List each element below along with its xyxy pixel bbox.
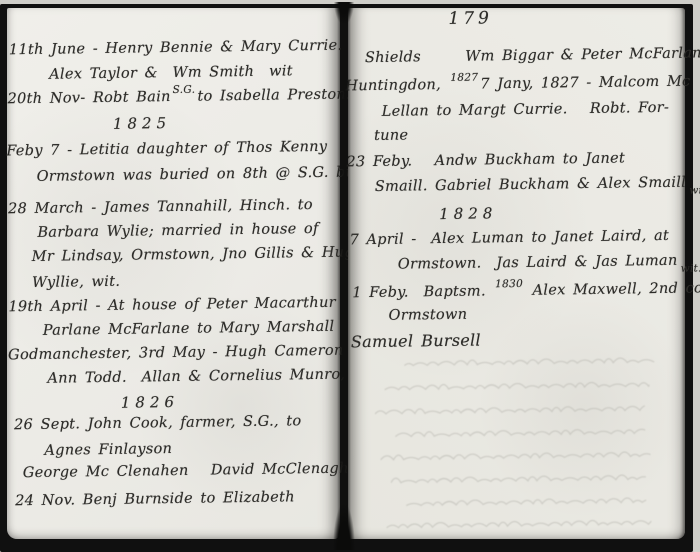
bleed-through-line <box>395 423 645 445</box>
handwritten-line: Huntingdon, 18277 Jany, 1827 - Malcom Mc <box>345 74 690 95</box>
handwritten-line: Godmanchester, 3rd May - Hugh Cameron to <box>8 342 366 363</box>
line-segment: 28 March - James Tannahill, Hinch. to <box>8 197 313 217</box>
subscript-note: wit. <box>689 184 700 196</box>
handwritten-line: Shields Wm Biggar & Peter McFarlane <box>365 45 700 66</box>
bleed-through-line <box>391 469 646 492</box>
line-segment: 20th Nov- Robt Bain <box>7 89 170 107</box>
left-page: 11th June - Henry Bennie & Mary Currie.A… <box>7 8 340 539</box>
line-segment: Barbara Wylie; married in house of <box>37 221 318 241</box>
handwritten-line: Wyllie, wit. <box>32 274 120 291</box>
handwritten-line: 1828 <box>439 204 497 223</box>
subscript-note: wit. <box>681 262 700 274</box>
handwritten-line: 28 March - James Tannahill, Hinch. to <box>8 197 313 217</box>
line-segment: to Isabella Preston. <box>197 87 351 105</box>
handwritten-line: Ann Todd. Allan & Cornelius Munro, wit <box>47 366 376 387</box>
handwritten-line: 1 Feby. Baptsm. 1830 Alex Maxwell, 2nd c… <box>352 280 700 301</box>
handwritten-line: George Mc Clenahen David McClenaghen <box>23 460 368 481</box>
line-segment: Mr Lindsay, Ormstown, Jno Gillis & Hugh <box>32 244 364 265</box>
line-segment: 19th April - At house of Peter Macarthur <box>8 295 336 316</box>
handwritten-line: Samuel Bursell <box>351 331 481 352</box>
right-page-handwriting: 179Shields Wm Biggar & Peter McFarlaneHu… <box>344 6 688 542</box>
bleed-through-line <box>404 352 654 374</box>
page-number: 179 <box>448 8 493 29</box>
handwritten-line: 7 April - Alex Luman to Janet Laird, at <box>349 228 669 248</box>
line-segment: Feby 7 - Letitia daughter of Thos Kenny <box>6 139 327 159</box>
superscript-insertion: 1827 <box>450 72 478 84</box>
handwritten-line: Alex Taylor & Wm Smith wit <box>49 63 293 82</box>
handwritten-line: Mr Lindsay, Ormstown, Jno Gillis & Hugh <box>32 244 364 265</box>
superscript-insertion: S.G. <box>173 84 196 96</box>
line-segment: Agnes Finlayson <box>44 441 172 459</box>
handwritten-line: Lellan to Margt Currie. Robt. For- <box>382 100 670 120</box>
line-segment: 11th June - Henry Bennie & Mary Currie. <box>9 38 343 59</box>
line-segment: Lellan to Margt Currie. Robt. For- <box>382 100 670 120</box>
bleed-through-line <box>384 376 649 399</box>
handwritten-line: 24 Nov. Benj Burnside to Elizabeth <box>15 489 295 509</box>
handwritten-line: 23 Feby. Andw Buckham to Janet <box>346 150 625 170</box>
handwritten-line: Ormstown. Jas Laird & Jas Lumanwit. <box>398 252 700 272</box>
line-segment: 179 <box>448 8 493 29</box>
bleed-through-line <box>380 446 650 469</box>
line-segment: 1828 <box>439 204 497 223</box>
line-segment: 26 Sept. John Cook, farmer, S.G., to <box>14 413 302 433</box>
handwritten-line: 1825 <box>113 114 171 133</box>
register-page-photo: 11th June - Henry Bennie & Mary Currie.A… <box>0 0 700 552</box>
line-segment: Wyllie, wit. <box>32 274 120 291</box>
bleed-through-line <box>386 514 651 537</box>
line-segment: George Mc Clenahen David McClenaghen <box>23 460 368 481</box>
line-segment: Ormstown. Jas Laird & Jas Luman <box>398 253 678 273</box>
line-segment: Samuel Bursell <box>351 331 481 352</box>
right-page: 179Shields Wm Biggar & Peter McFarlaneHu… <box>348 8 685 539</box>
left-page-handwriting: 11th June - Henry Bennie & Mary Currie.A… <box>3 6 343 542</box>
line-segment: Smaill. Gabriel Buckham & Alex Smaill <box>375 175 687 195</box>
line-segment: 1826 <box>121 393 179 412</box>
bleed-through-line <box>375 400 645 423</box>
handwritten-line: 19th April - At house of Peter Macarthur <box>8 295 336 316</box>
line-segment: Ormstown <box>388 307 467 324</box>
line-segment: tune <box>374 127 409 143</box>
line-segment: 24 Nov. Benj Burnside to Elizabeth <box>15 489 295 509</box>
handwritten-line: Feby 7 - Letitia daughter of Thos Kenny <box>6 139 327 159</box>
line-segment: Alex Taylor & Wm Smith wit <box>49 63 293 82</box>
gutter-shadow-bottom <box>331 486 357 550</box>
handwritten-line: Smaill. Gabriel Buckham & Alex Smaillwit… <box>375 174 700 195</box>
handwritten-line: 26 Sept. John Cook, farmer, S.G., to <box>14 413 302 433</box>
handwritten-line: Ormstown <box>388 307 467 324</box>
bleed-through-line <box>406 492 646 514</box>
line-segment: 1 Feby. Baptsm. <box>352 283 493 301</box>
line-segment: Godmanchester, 3rd May - Hugh Cameron to <box>8 342 366 363</box>
line-segment: Shields Wm Biggar & Peter McFarlane <box>365 45 700 66</box>
line-segment: 1825 <box>113 114 171 133</box>
handwritten-line: Parlane McFarlane to Mary Marshall <box>43 319 335 339</box>
gutter-shadow-top <box>331 2 357 36</box>
line-segment: 7 Jany, 1827 - Malcom Mc <box>480 74 690 93</box>
handwritten-line: 1826 <box>121 393 179 412</box>
book-gutter <box>337 6 351 542</box>
line-segment: Ann Todd. Allan & Cornelius Munro, wit <box>47 366 376 387</box>
handwritten-line: tune <box>374 127 409 143</box>
handwritten-line: 11th June - Henry Bennie & Mary Currie. <box>9 38 343 59</box>
handwritten-line: Barbara Wylie; married in house of <box>37 221 318 241</box>
line-segment: Huntingdon, <box>345 77 448 94</box>
line-segment: 23 Feby. Andw Buckham to Janet <box>346 150 625 170</box>
handwritten-line: Agnes Finlayson <box>44 441 172 459</box>
line-segment: Alex Maxwell, 2nd con. <box>525 280 700 299</box>
handwritten-line: 20th Nov- Robt BainS.G.to Isabella Prest… <box>7 87 351 108</box>
line-segment: Parlane McFarlane to Mary Marshall <box>43 319 335 339</box>
line-segment: 7 April - Alex Luman to Janet Laird, at <box>349 228 669 248</box>
superscript-insertion: 1830 <box>495 278 523 290</box>
